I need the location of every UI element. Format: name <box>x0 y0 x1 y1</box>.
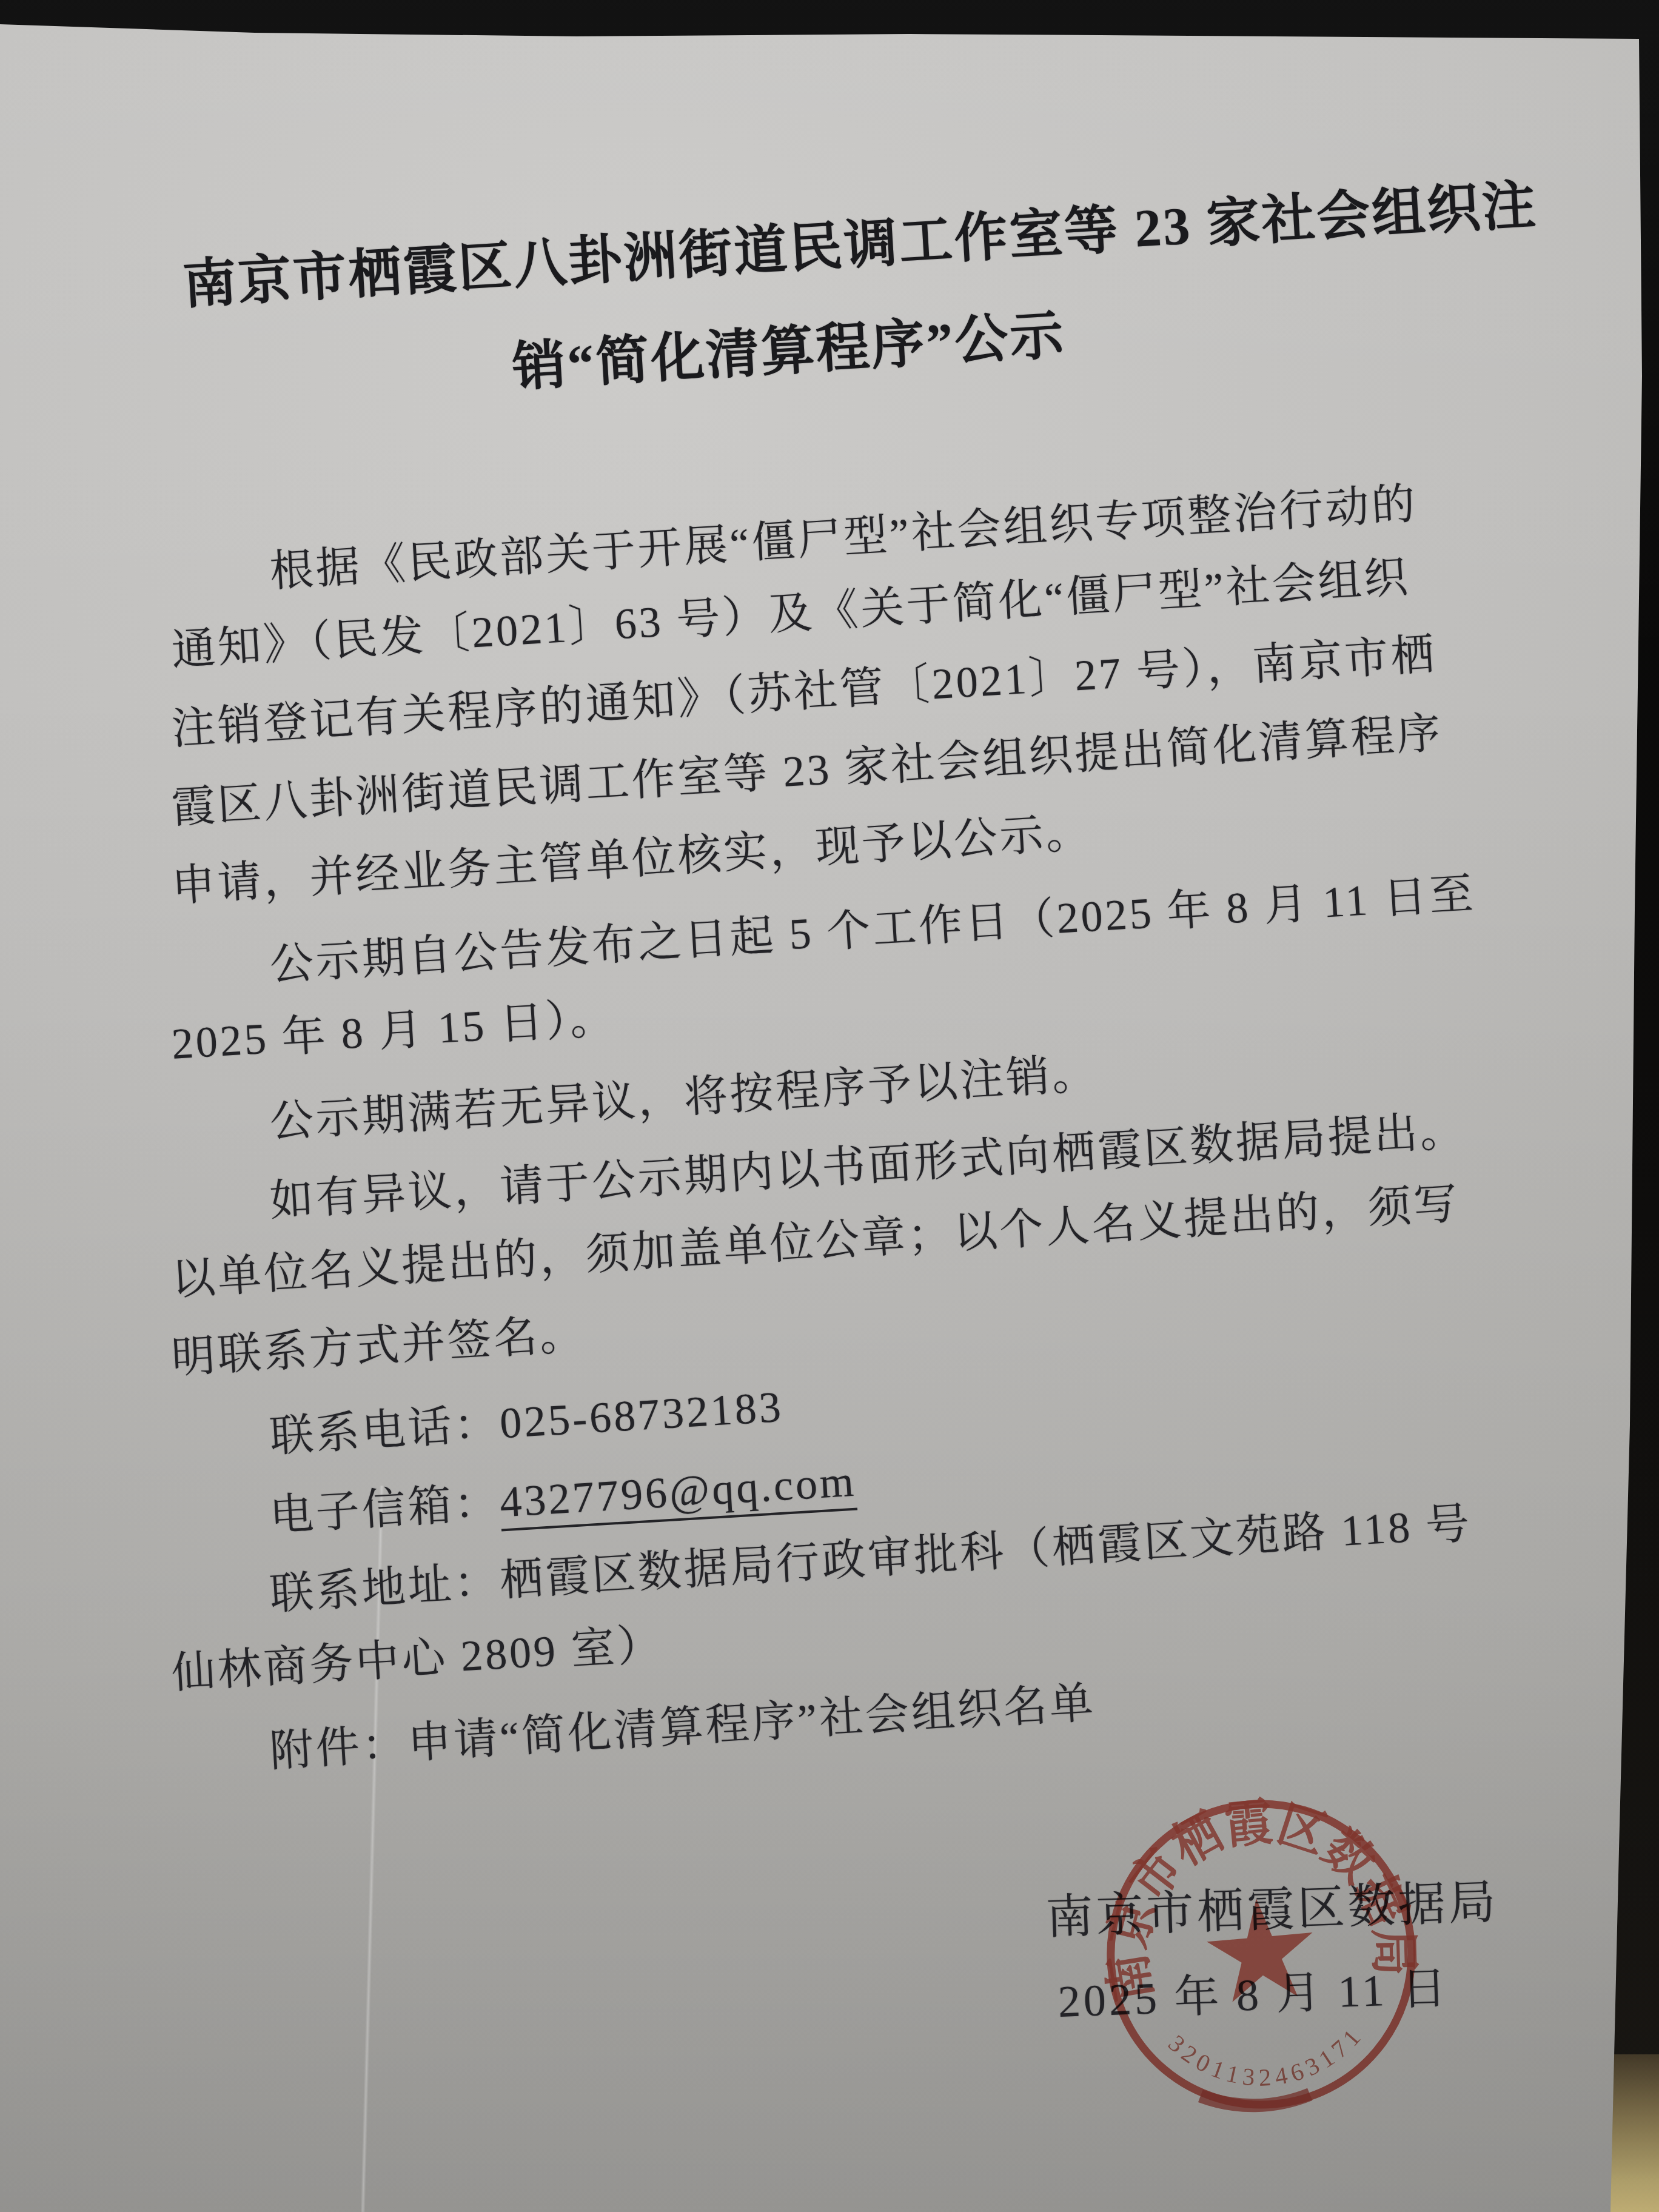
photographed-notice-page: 南京市栖霞区八卦洲街道民调工作室等 23 家社会组织注 销“简化清算程序”公示 … <box>0 0 1659 2212</box>
official-red-seal: 南京市栖霞区数据局 3201132463171 <box>1084 1778 1438 2133</box>
email-label: 电子信箱： <box>269 1478 501 1540</box>
seal-star <box>1204 1894 1318 2004</box>
